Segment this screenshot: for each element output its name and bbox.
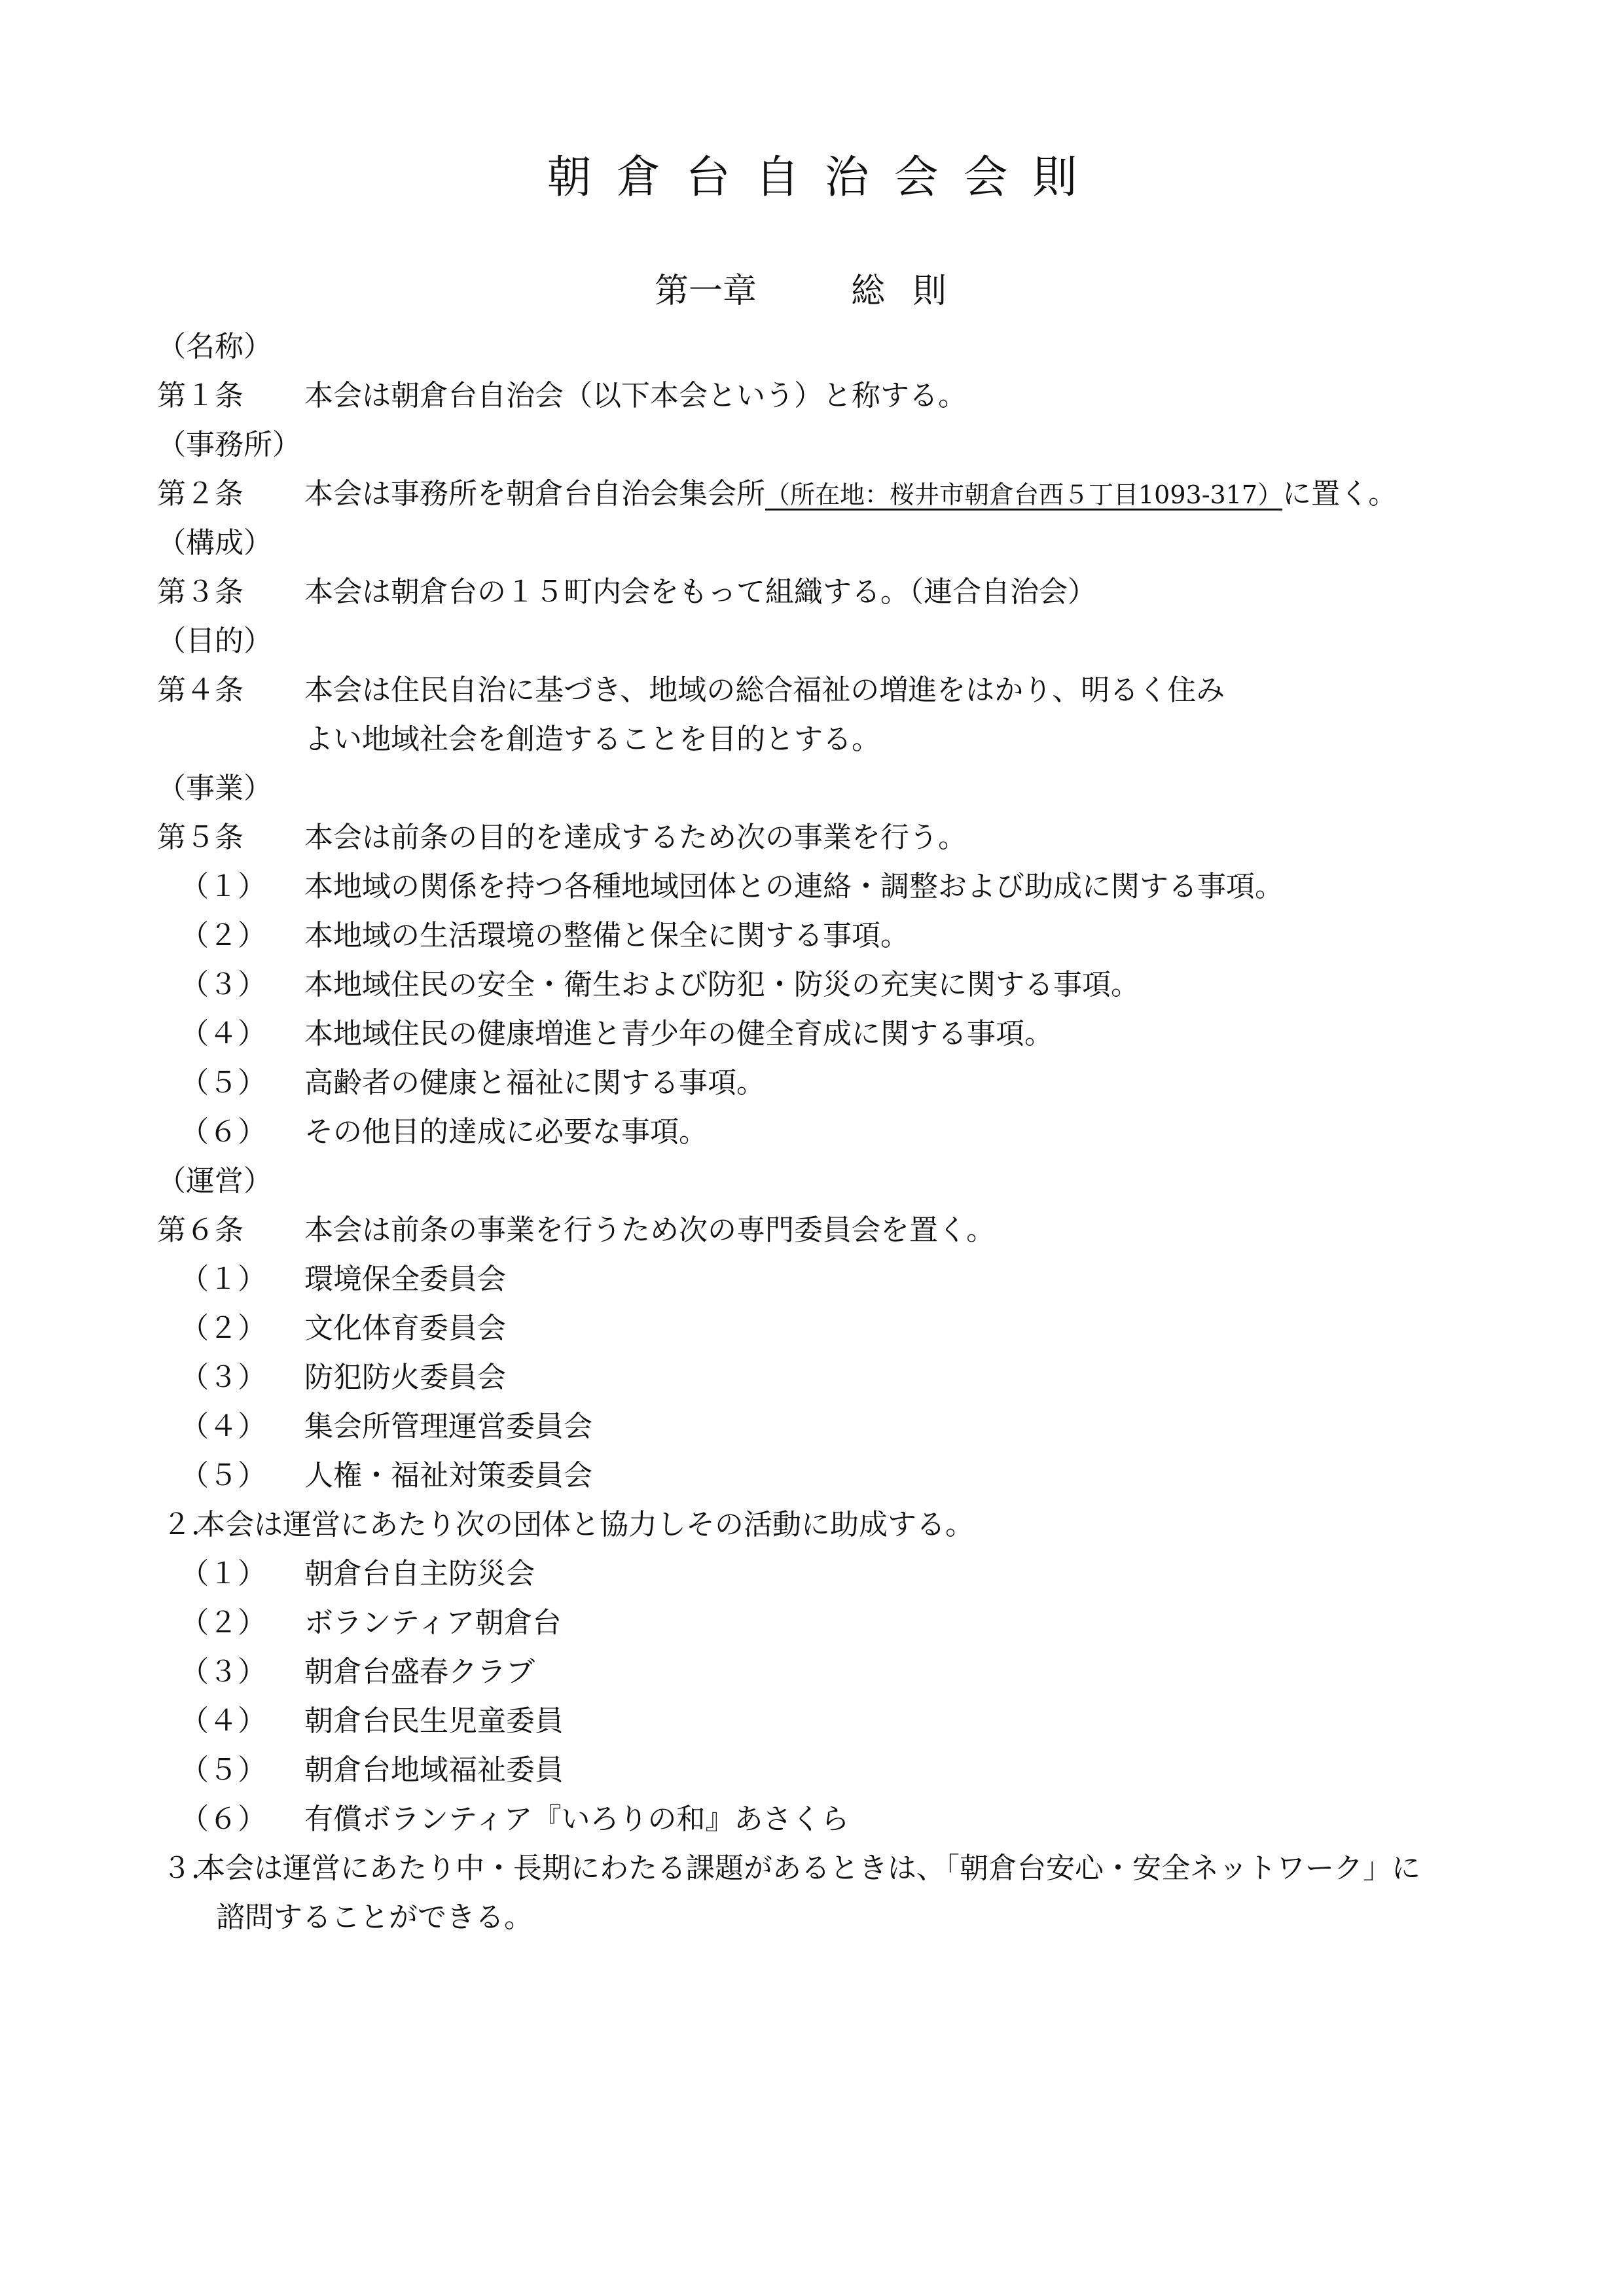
item-number: （４） bbox=[180, 1014, 266, 1054]
item-number: （５） bbox=[180, 1751, 266, 1790]
item-number: （２） bbox=[180, 1604, 266, 1643]
article-caption: （構成） bbox=[157, 524, 272, 563]
item-number: （６） bbox=[180, 1800, 266, 1839]
article-text: 本会は前条の目的を達成するため次の事業を行う。 bbox=[304, 818, 967, 857]
item-text: 本地域の関係を持つ各種地域団体との連絡・調整および助成に関する事項。 bbox=[304, 867, 1284, 906]
committee-item: 集会所管理運営委員会 bbox=[304, 1407, 592, 1446]
article-number: 第６条 bbox=[157, 1211, 244, 1250]
organization-item: 朝倉台盛春クラブ bbox=[304, 1653, 535, 1692]
organization-item: 有償ボランティア『いろりの和』あさくら bbox=[304, 1800, 849, 1839]
article-number: 第２条 bbox=[157, 475, 244, 514]
item-number: （１） bbox=[180, 1554, 266, 1594]
committee-item: 環境保全委員会 bbox=[304, 1260, 506, 1299]
item-number: （３） bbox=[180, 1358, 266, 1397]
article-caption: （名称） bbox=[157, 327, 272, 367]
article-text: 本会は事務所を朝倉台自治会集会所（所在地：桜井市朝倉台西５丁目1093-317）… bbox=[304, 475, 1397, 514]
item-text: 高齢者の健康と福祉に関する事項。 bbox=[304, 1064, 765, 1103]
committee-item: 文化体育委員会 bbox=[304, 1309, 506, 1348]
article-number: 第５条 bbox=[157, 818, 244, 857]
item-number: （３） bbox=[180, 965, 266, 1005]
chapter-heading: 第一章総則 bbox=[655, 265, 974, 317]
organization-item: 朝倉台民生児童委員 bbox=[304, 1702, 564, 1741]
item-text: その他目的達成に必要な事項。 bbox=[304, 1113, 708, 1152]
organization-item: 朝倉台自主防災会 bbox=[304, 1554, 535, 1594]
article-caption: （運営） bbox=[157, 1162, 272, 1201]
paragraph-text: 本会は運営にあたり次の団体と協力しその活動に助成する。 bbox=[196, 1505, 974, 1545]
article-caption: （目的） bbox=[157, 622, 272, 661]
article-text-after: に置く。 bbox=[1282, 477, 1397, 511]
paragraph-text-line: 本会は運営にあたり中・長期にわたる課題があるときは、「朝倉台安心・安全ネットワー… bbox=[196, 1849, 1420, 1888]
chapter-name: 総則 bbox=[851, 265, 974, 317]
item-number: （６） bbox=[180, 1113, 266, 1152]
document-page: 朝倉台自治会会則 第一章総則 （名称） 第１条 本会は朝倉台自治会（以下本会とい… bbox=[0, 0, 1624, 2296]
item-number: （２） bbox=[180, 1309, 266, 1348]
article-text: 本会は前条の事業を行うため次の専門委員会を置く。 bbox=[304, 1211, 995, 1250]
article-number: 第１条 bbox=[157, 376, 244, 416]
article-text-before: 本会は事務所を朝倉台自治会集会所 bbox=[304, 477, 765, 511]
article-number: 第４条 bbox=[157, 671, 244, 710]
organization-item: 朝倉台地域福祉委員 bbox=[304, 1751, 564, 1790]
chapter-number: 第一章 bbox=[655, 265, 851, 317]
item-number: （２） bbox=[180, 916, 266, 956]
item-number: （１） bbox=[180, 867, 266, 906]
article-caption: （事務所） bbox=[157, 425, 301, 465]
committee-item: 防犯防火委員会 bbox=[304, 1358, 506, 1397]
item-number: （５） bbox=[180, 1456, 266, 1496]
article-text: 本会は朝倉台自治会（以下本会という）と称する。 bbox=[304, 376, 967, 416]
item-text: 本地域住民の健康増進と青少年の健全育成に関する事項。 bbox=[304, 1014, 1053, 1054]
article-text-line: 本会は住民自治に基づき、地域の総合福祉の増進をはかり、明るく住み bbox=[304, 671, 1225, 710]
item-number: （４） bbox=[180, 1407, 266, 1446]
item-number: （１） bbox=[180, 1260, 266, 1299]
item-number: （４） bbox=[180, 1702, 266, 1741]
item-text: 本地域の生活環境の整備と保全に関する事項。 bbox=[304, 916, 909, 956]
article-text: 本会は朝倉台の１５町内会をもって組織する。（連合自治会） bbox=[304, 573, 1096, 612]
article-number: 第３条 bbox=[157, 573, 244, 612]
address-underlined: （所在地：桜井市朝倉台西５丁目1093-317） bbox=[765, 480, 1282, 509]
committee-item: 人権・福祉対策委員会 bbox=[304, 1456, 592, 1496]
item-text: 本地域住民の安全・衛生および防犯・防災の充実に関する事項。 bbox=[304, 965, 1140, 1005]
item-number: （５） bbox=[180, 1064, 266, 1103]
article-caption: （事業） bbox=[157, 769, 272, 808]
paragraph-text-line: 諮問することができる。 bbox=[216, 1898, 533, 1937]
document-title: 朝倉台自治会会則 bbox=[0, 145, 1624, 211]
item-number: （３） bbox=[180, 1653, 266, 1692]
organization-item: ボランティア朝倉台 bbox=[304, 1604, 561, 1643]
article-text-line: よい地域社会を創造することを目的とする。 bbox=[304, 720, 880, 759]
